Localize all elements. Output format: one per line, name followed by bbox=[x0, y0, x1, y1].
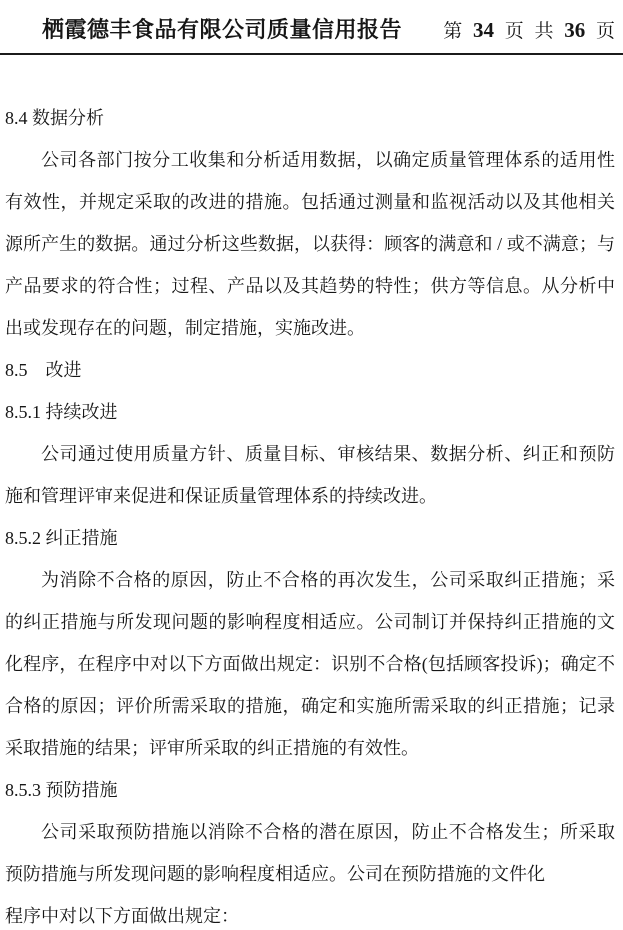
paragraph-line: 合格的原因；评价所需采取的措施，确定和实施所需采取的纠正措施；记录所 bbox=[5, 685, 615, 727]
paragraph-line: 程序中对以下方面做出规定： bbox=[5, 895, 615, 930]
paragraph-line: 公司采取预防措施以消除不合格的潜在原因，防止不合格发生；所采取的 bbox=[5, 811, 615, 853]
page-indicator-total-char: 共 bbox=[534, 21, 553, 42]
paragraph-line: 出或发现存在的问题，制定措施，实施改进。 bbox=[5, 307, 615, 349]
paragraph-line: 为消除不合格的原因，防止不合格的再次发生，公司采取纠正措施；采取 bbox=[5, 559, 615, 601]
paragraph-line: 预防措施与所发现问题的影响程度相适应。公司在预防措施的文件化 bbox=[5, 853, 615, 895]
report-page: 栖霞德丰食品有限公司质量信用报告 第 34 页 共 36 页 8.4 数据分析公… bbox=[0, 0, 623, 930]
section-heading: 8.5.2 纠正措施 bbox=[5, 517, 615, 559]
current-page-number: 34 bbox=[473, 18, 494, 42]
paragraph-line: 采取措施的结果；评审所采取的纠正措施的有效性。 bbox=[5, 727, 615, 769]
paragraph-line: 化程序，在程序中对以下方面做出规定：识别不合格(包括顾客投诉)；确定不 bbox=[5, 643, 615, 685]
section-heading: 8.5.3 预防措施 bbox=[5, 769, 615, 811]
paragraph-line: 产品要求的符合性；过程、产品以及其趋势的特性；供方等信息。从分析中找 bbox=[5, 265, 615, 307]
section-heading: 8.5 改进 bbox=[5, 349, 615, 391]
section-heading: 8.4 数据分析 bbox=[5, 97, 615, 139]
total-page-number: 36 bbox=[564, 18, 585, 42]
page-indicator-page-char: 页 bbox=[505, 21, 524, 42]
paragraph-line: 公司各部门按分工收集和分析适用数据，以确定质量管理体系的适用性和 bbox=[5, 139, 615, 181]
report-title: 栖霞德丰食品有限公司质量信用报告 bbox=[42, 15, 402, 45]
paragraph-line: 有效性，并规定采取的改进的措施。包括通过测量和监视活动以及其他相关来 bbox=[5, 181, 615, 223]
paragraph-line: 施和管理评审来促进和保证质量管理体系的持续改进。 bbox=[5, 475, 615, 517]
page-indicator: 第 34 页 共 36 页 bbox=[443, 15, 615, 47]
document-body: 8.4 数据分析公司各部门按分工收集和分析适用数据，以确定质量管理体系的适用性和… bbox=[0, 55, 623, 930]
paragraph-line: 源所产生的数据。通过分析这些数据，以获得：顾客的满意和 / 或不满意；与 bbox=[5, 223, 615, 265]
page-header: 栖霞德丰食品有限公司质量信用报告 第 34 页 共 36 页 bbox=[0, 0, 623, 55]
page-indicator-prefix: 第 bbox=[443, 21, 462, 42]
page-indicator-suffix: 页 bbox=[596, 21, 615, 42]
paragraph-line: 公司通过使用质量方针、质量目标、审核结果、数据分析、纠正和预防措 bbox=[5, 433, 615, 475]
paragraph-line: 的纠正措施与所发现问题的影响程度相适应。公司制订并保持纠正措施的文件 bbox=[5, 601, 615, 643]
section-heading: 8.5.1 持续改进 bbox=[5, 391, 615, 433]
